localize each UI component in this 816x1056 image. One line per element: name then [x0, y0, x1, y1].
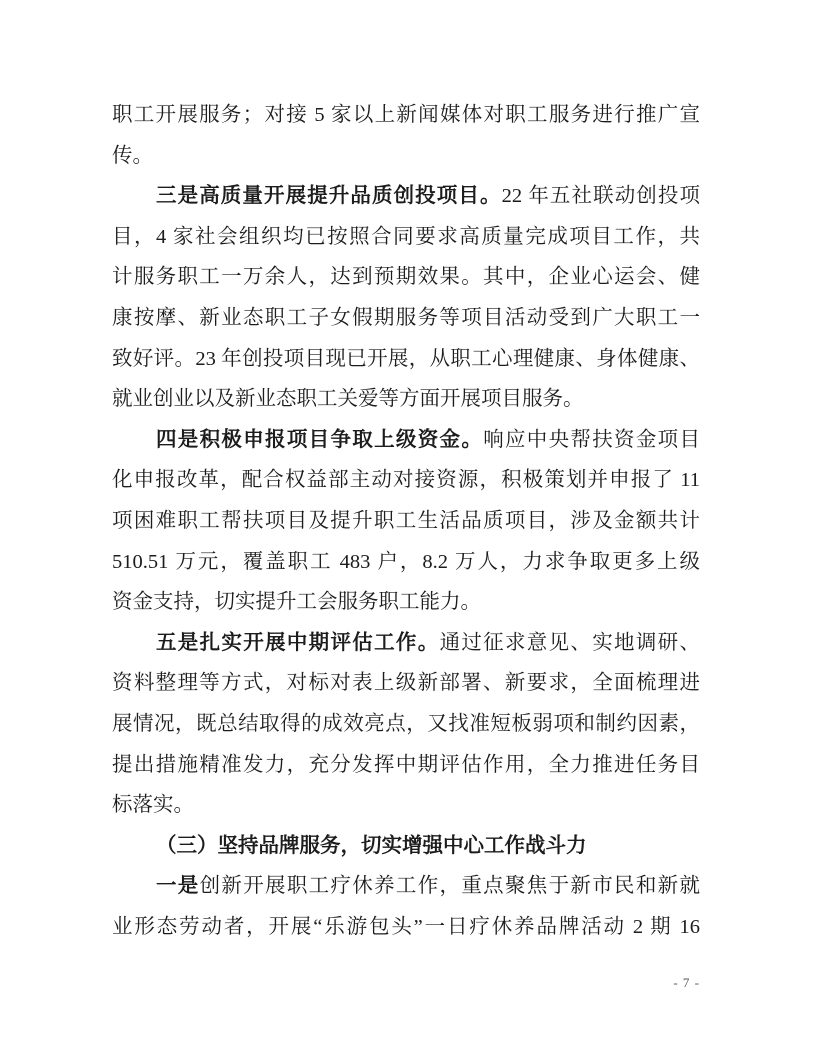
text-run: 业形态劳动者，开展“乐游包头”一日疗休养品牌活动 2 期 16 [112, 916, 700, 938]
text-line: 标落实。 [112, 785, 700, 826]
text-run: 响应中央帮扶资金项目 [483, 429, 700, 451]
text-line: 三是高质量开展提升品质创投项目。22 年五社联动创投项 [112, 176, 700, 217]
text-line: 展情况，既总结取得的成效亮点，又找准短板弱项和制约因素， [112, 704, 700, 745]
text-run: 通过征求意见、实地调研、 [440, 632, 700, 654]
text-run: 就业创业以及新业态职工关爱等方面开展项目服务。 [112, 388, 584, 410]
text-run: 提出措施精准发力，充分发挥中期评估作用，全力推进任务目 [112, 754, 700, 776]
text-run: 目，4 家社会组织均已按照合同要求高质量完成项目工作，共 [112, 226, 700, 248]
text-line: 五是扎实开展中期评估工作。通过征求意见、实地调研、 [112, 623, 700, 664]
text-line: 职工开展服务；对接 5 家以上新闻媒体对职工服务进行推广宣 [112, 95, 700, 136]
text-line: 510.51 万元，覆盖职工 483 户，8.2 万人，力求争取更多上级 [112, 542, 700, 583]
text-run: 标落实。 [112, 794, 194, 816]
text-line: 目，4 家社会组织均已按照合同要求高质量完成项目工作，共 [112, 217, 700, 258]
text-run: 职工开展服务；对接 5 家以上新闻媒体对职工服务进行推广宣 [112, 104, 700, 126]
text-line: 资料整理等方式，对标对表上级新部署、新要求，全面梳理进 [112, 663, 700, 704]
text-run: 展情况，既总结取得的成效亮点，又找准短板弱项和制约因素， [112, 713, 700, 735]
text-line: 就业创业以及新业态职工关爱等方面开展项目服务。 [112, 379, 700, 420]
text-run: 资料整理等方式，对标对表上级新部署、新要求，全面梳理进 [112, 672, 700, 694]
text-line: （三）坚持品牌服务，切实增强中心工作战斗力 [112, 826, 700, 867]
text-line: 化申报改革，配合权益部主动对接资源，积极策划并申报了 11 [112, 460, 700, 501]
text-line: 四是积极申报项目争取上级资金。响应中央帮扶资金项目 [112, 420, 700, 461]
document-page: 职工开展服务；对接 5 家以上新闻媒体对职工服务进行推广宣传。三是高质量开展提升… [0, 0, 816, 1056]
bold-text-run: 四是积极申报项目争取上级资金。 [156, 429, 483, 451]
text-line: 项困难职工帮扶项目及提升职工生活品质项目，涉及金额共计 [112, 501, 700, 542]
text-line: 业形态劳动者，开展“乐游包头”一日疗休养品牌活动 2 期 16 [112, 907, 700, 948]
text-run: 资金支持，切实提升工会服务职工能力。 [112, 591, 481, 613]
text-run: 康按摩、新业态职工子女假期服务等项目活动受到广大职工一 [112, 307, 700, 329]
text-run: 510.51 万元，覆盖职工 483 户，8.2 万人，力求争取更多上级 [112, 551, 700, 573]
text-line: 一是创新开展职工疗休养工作，重点聚焦于新市民和新就 [112, 866, 700, 907]
text-run: 22 年五社联动创投项 [502, 185, 700, 207]
bold-text-run: 三是高质量开展提升品质创投项目。 [156, 185, 502, 207]
bold-text-run: （三）坚持品牌服务，切实增强中心工作战斗力 [156, 835, 587, 857]
text-line: 康按摩、新业态职工子女假期服务等项目活动受到广大职工一 [112, 298, 700, 339]
text-run: 项困难职工帮扶项目及提升职工生活品质项目，涉及金额共计 [112, 510, 700, 532]
text-run: 创新开展职工疗休养工作，重点聚焦于新市民和新就 [200, 875, 700, 897]
bold-text-run: 五是扎实开展中期评估工作。 [156, 632, 440, 654]
text-line: 资金支持，切实提升工会服务职工能力。 [112, 582, 700, 623]
text-line: 提出措施精准发力，充分发挥中期评估作用，全力推进任务目 [112, 745, 700, 786]
document-body: 职工开展服务；对接 5 家以上新闻媒体对职工服务进行推广宣传。三是高质量开展提升… [112, 95, 700, 947]
bold-text-run: 一是 [156, 875, 200, 897]
page-number: - 7 - [0, 974, 700, 992]
text-run: 致好评。23 年创投项目现已开展，从职工心理健康、身体健康、 [112, 348, 700, 370]
text-line: 致好评。23 年创投项目现已开展，从职工心理健康、身体健康、 [112, 339, 700, 380]
text-run: 传。 [112, 145, 153, 167]
text-line: 传。 [112, 136, 700, 177]
text-run: 计服务职工一万余人，达到预期效果。其中，企业心运会、健 [112, 266, 700, 288]
text-run: 化申报改革，配合权益部主动对接资源，积极策划并申报了 11 [112, 469, 700, 491]
text-line: 计服务职工一万余人，达到预期效果。其中，企业心运会、健 [112, 257, 700, 298]
